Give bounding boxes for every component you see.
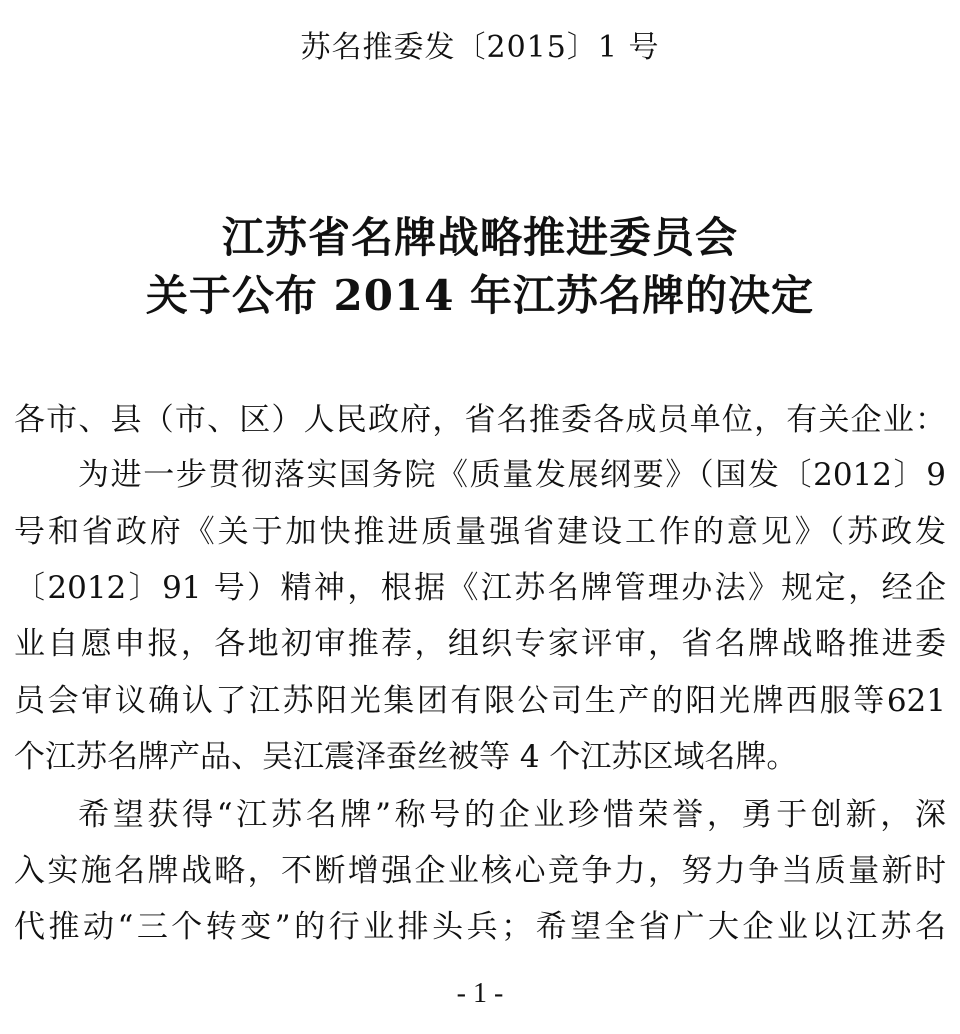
paragraph-1-line-2: 号和省政府《关于加快推进质量强省建设工作的意见》（苏政发 — [14, 512, 946, 552]
salutation: 各市、县（市、区）人民政府，省名推委各成员单位，有关企业： — [14, 400, 946, 440]
paragraph-2-line-1: 希望获得“江苏名牌”称号的企业珍惜荣誉，勇于创新，深 — [78, 795, 946, 835]
page-number: - 1 - — [0, 976, 960, 1012]
paragraph-2-line-3: 代推动“三个转变”的行业排头兵；希望全省广大企业以江苏名 — [14, 907, 946, 947]
paragraph-2-line-2: 入实施名牌战略，不断增强企业核心竞争力，努力争当质量新时 — [14, 851, 946, 891]
paragraph-1-line-5: 员会审议确认了江苏阳光集团有限公司生产的阳光牌西服等621 — [14, 681, 946, 721]
document-title-line-2: 关于公布 2014 年江苏名牌的决定 — [0, 270, 960, 322]
paragraph-1-line-4: 业自愿申报，各地初审推荐，组织专家评审，省名牌战略推进委 — [14, 624, 946, 664]
document-page: 苏名推委发〔2015〕1 号 江苏省名牌战略推进委员会 关于公布 2014 年江… — [0, 0, 960, 1034]
document-number: 苏名推委发〔2015〕1 号 — [0, 28, 960, 68]
paragraph-1-line-3: 〔2012〕91 号）精神，根据《江苏名牌管理办法》规定，经企 — [14, 568, 946, 608]
paragraph-1-line-6: 个江苏名牌产品、吴江震泽蚕丝被等 4 个江苏区域名牌。 — [14, 737, 946, 777]
paragraph-1-line-1: 为进一步贯彻落实国务院《质量发展纲要》（国发〔2012〕9 — [78, 455, 946, 495]
document-title-line-1: 江苏省名牌战略推进委员会 — [0, 212, 960, 264]
